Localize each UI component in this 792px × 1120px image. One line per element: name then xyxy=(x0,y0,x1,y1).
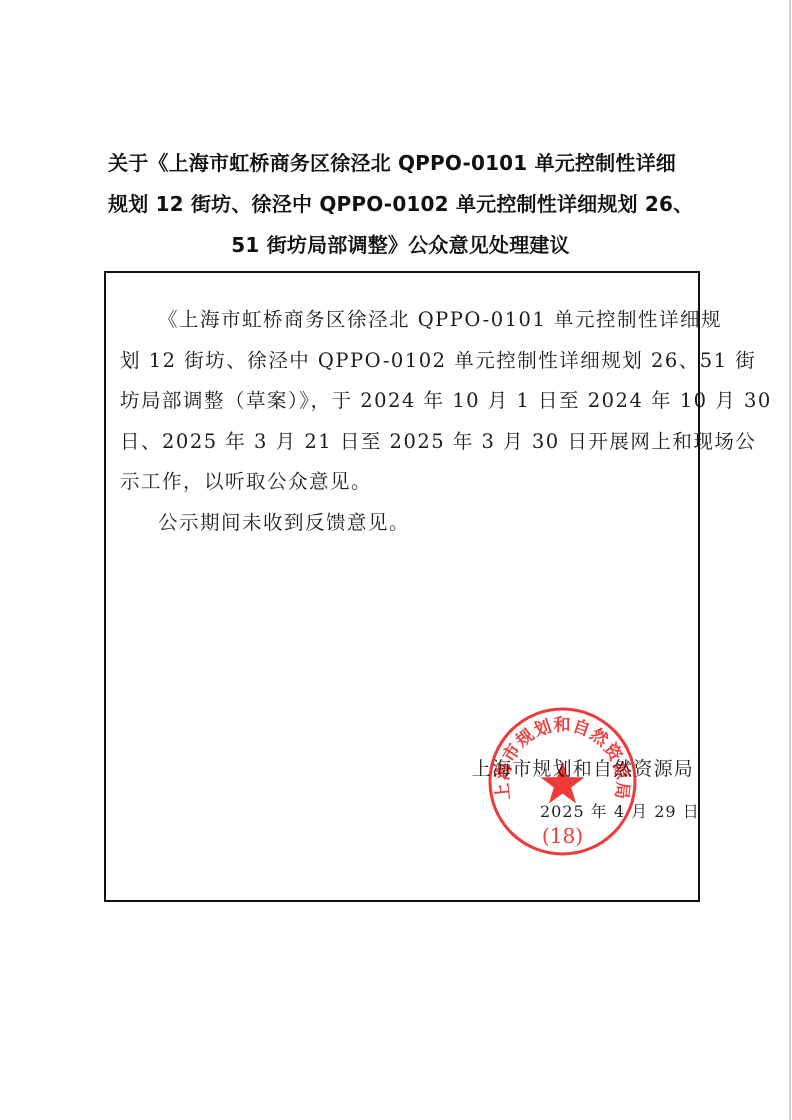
body-line-2: 划 12 街坊、徐泾中 QPPO-0102 单元控制性详细规划 26、51 街 xyxy=(120,341,695,382)
body-paragraph: 《上海市虹桥商务区徐泾北 QPPO-0101 单元控制性详细规 划 12 街坊、… xyxy=(120,300,695,543)
title-line-3: 51 街坊局部调整》公众意见处理建议 xyxy=(108,225,693,266)
body-line-1: 《上海市虹桥商务区徐泾北 QPPO-0101 单元控制性详细规 xyxy=(120,300,695,341)
star-icon xyxy=(540,761,584,803)
title-line-1: 关于《上海市虹桥商务区徐泾北 QPPO-0101 单元控制性详细 xyxy=(108,143,693,184)
document-title: 关于《上海市虹桥商务区徐泾北 QPPO-0101 单元控制性详细 规划 12 街… xyxy=(108,143,693,266)
feedback-line: 公示期间未收到反馈意见。 xyxy=(120,503,695,544)
body-line-4: 日、2025 年 3 月 21 日至 2025 年 3 月 30 日开展网上和现… xyxy=(120,422,695,463)
scan-edge xyxy=(789,0,791,1120)
title-line-2: 规划 12 街坊、徐泾中 QPPO-0102 单元控制性详细规划 26、 xyxy=(108,184,693,225)
official-seal: 上海市规划和自然资源局 (18) xyxy=(487,706,638,857)
body-line-5: 示工作，以听取公众意见。 xyxy=(120,462,695,503)
body-line-3: 坊局部调整（草案）》，于 2024 年 10 月 1 日至 2024 年 10 … xyxy=(120,381,695,422)
seal-number: (18) xyxy=(542,824,583,848)
